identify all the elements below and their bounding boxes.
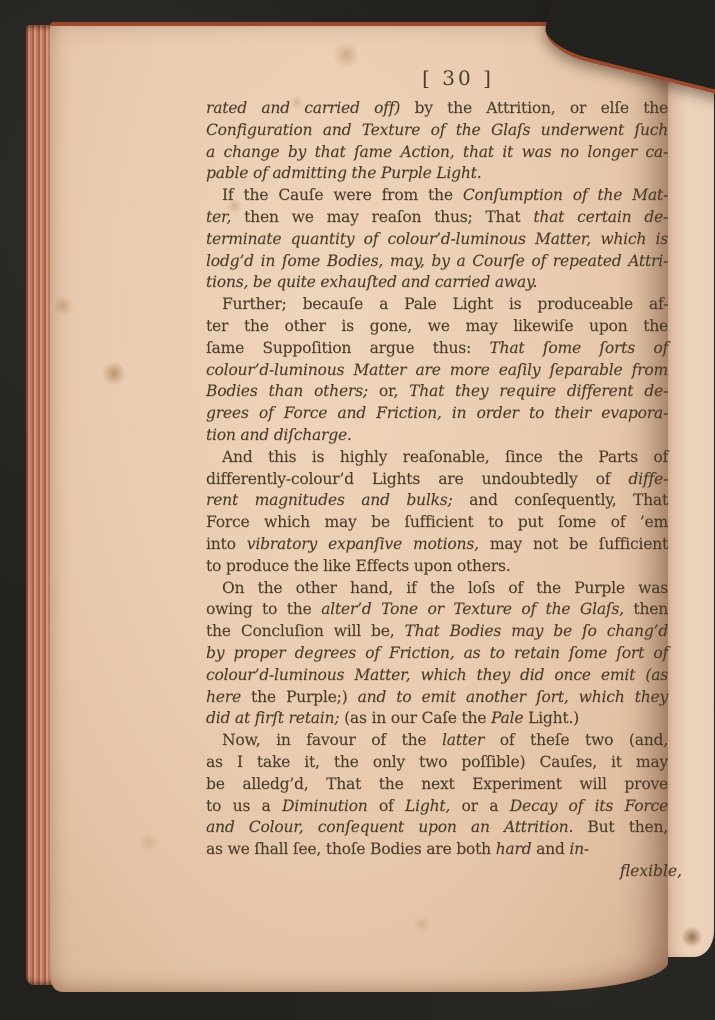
- text-segment: Conſumption of the Mat-: [463, 186, 668, 204]
- text-segment: be alledg’d, That the next Experiment wi…: [206, 775, 668, 793]
- text-segment: Light.): [523, 709, 579, 727]
- text-segment: into: [206, 535, 247, 553]
- text-segment: or,: [368, 382, 409, 400]
- text-segment: Configuration and Texture of the Glaſs u…: [206, 121, 668, 139]
- text-segment: the Purple;): [241, 688, 358, 706]
- text-line: be alledg’d, That the next Experiment wi…: [206, 774, 668, 796]
- text-line: into vibratory expanſive motions, may no…: [206, 534, 668, 556]
- text-line: Configuration and Texture of the Glaſs u…: [206, 120, 668, 142]
- text-segment: That they require different de-: [409, 382, 668, 400]
- text-segment: Pale: [491, 709, 523, 727]
- text-line: did at firſt retain; (as in our Caſe the…: [206, 708, 668, 730]
- text-segment: Decay of its Force: [510, 797, 668, 815]
- text-line: here the Purple;) and to emit another ſo…: [206, 687, 668, 709]
- text-segment: colour’d-luminous Matter, which they did…: [206, 666, 668, 684]
- paragraph: And this is highly reaſonable, ſince the…: [206, 447, 668, 578]
- text-segment: and Colour, conſequent upon an Attrition…: [206, 818, 573, 836]
- book-page: [ 30 ] rated and carried off) by the Att…: [50, 22, 668, 992]
- text-segment: ſame Suppoſition argue thus:: [206, 339, 489, 357]
- text-line: to produce the like Effects upon others.: [206, 556, 668, 578]
- text-line: owing to the alter’d Tone or Texture of …: [206, 599, 668, 621]
- text-line: as we ſhall ſee, thoſe Bodies are both h…: [206, 839, 668, 861]
- text-line: Force which may be ſufficient to put ſom…: [206, 512, 668, 534]
- text-line: Further; becauſe a Pale Light is produce…: [206, 294, 668, 316]
- text-segment: That ſome ſorts of: [489, 339, 668, 357]
- text-segment: Force which may be ſufficient to put ſom…: [206, 513, 668, 531]
- text-line: the Concluſion will be, That Bodies may …: [206, 621, 668, 643]
- text-line: grees of Force and Friction, in order to…: [206, 403, 668, 425]
- text-line: If the Cauſe were from the Conſumption o…: [206, 185, 668, 207]
- text-line: ter, then we may reaſon thus; That that …: [206, 207, 668, 229]
- text-line: Now, in favour of the latter of theſe tw…: [206, 730, 668, 752]
- text-line: a change by that ſame Action, that it wa…: [206, 142, 668, 164]
- text-line: and Colour, conſequent upon an Attrition…: [206, 817, 668, 839]
- text-block: rated and carried off) by the Attrition,…: [206, 98, 668, 883]
- text-line: by proper degrees of Friction, as to ret…: [206, 643, 668, 665]
- text-segment: of theſe two (and,: [484, 731, 668, 749]
- text-line: colour’d-luminous Matter, which they did…: [206, 665, 668, 687]
- text-segment: Light,: [405, 797, 450, 815]
- text-line: Bodies than others; or, That they requir…: [206, 381, 668, 403]
- text-segment: And this is highly reaſonable, ſince the…: [222, 448, 668, 466]
- text-segment: the Concluſion will be,: [206, 622, 405, 640]
- scanned-book-page: [ 30 ] rated and carried off) by the Att…: [0, 0, 715, 1020]
- text-segment: of: [368, 797, 406, 815]
- text-segment: to us a: [206, 797, 282, 815]
- text-segment: as we ſhall ſee, thoſe Bodies are both: [206, 840, 496, 858]
- text-segment: That Bodies may be ſo chang’d: [405, 622, 668, 640]
- text-segment: then: [624, 600, 668, 618]
- paragraph: On the other hand, if the loſs of the Pu…: [206, 578, 668, 731]
- text-segment: grees of Force and Friction, in order to…: [206, 404, 668, 422]
- text-segment: pable of admitting the Purple Light.: [206, 164, 481, 182]
- text-segment: by the Attrition, or elſe the: [400, 99, 668, 117]
- text-line: And this is highly reaſonable, ſince the…: [206, 447, 668, 469]
- text-line: pable of admitting the Purple Light.: [206, 163, 668, 185]
- text-segment: ter,: [206, 208, 231, 226]
- text-segment: differently-colour’d Lights are undoubte…: [206, 470, 628, 488]
- text-segment: did at firſt retain;: [206, 709, 339, 727]
- text-line: lodg’d in ſome Bodies, may, by a Courſe …: [206, 251, 668, 273]
- text-segment: lodg’d in ſome Bodies, may, by a Courſe …: [206, 252, 668, 270]
- text-line: colour’d-luminous Matter are more eaſily…: [206, 360, 668, 382]
- text-line: ter the other is gone, we may likewiſe u…: [206, 316, 668, 338]
- text-line: On the other hand, if the loſs of the Pu…: [206, 578, 668, 600]
- catchword: flexible,: [206, 861, 682, 883]
- text-line: tion and diſcharge.: [206, 425, 668, 447]
- text-line: terminate quantity of colour’d-luminous …: [206, 229, 668, 251]
- text-segment: colour’d-luminous Matter are more eaſily…: [206, 361, 668, 379]
- text-line: rated and carried off) by the Attrition,…: [206, 98, 668, 120]
- text-line: rent magnitudes and bulks; and conſequen…: [206, 490, 668, 512]
- text-segment: On the other hand, if the loſs of the Pu…: [222, 579, 668, 597]
- text-line: as I take it, the only two poſſible) Cau…: [206, 752, 668, 774]
- paragraph: Now, in favour of the latter of theſe tw…: [206, 730, 668, 861]
- text-segment: rated and carried off): [206, 99, 400, 117]
- text-line: to us a Diminution of Light, or a Decay …: [206, 796, 668, 818]
- text-segment: alter’d Tone or Texture of the Glaſs,: [321, 600, 624, 618]
- text-segment: But then,: [573, 818, 668, 836]
- text-segment: Further; becauſe a Pale Light is produce…: [222, 295, 668, 313]
- text-segment: and to emit another ſort, which they: [358, 688, 668, 706]
- text-segment: a change by that ſame Action, that it wa…: [206, 143, 668, 161]
- text-segment: Diminution: [282, 797, 368, 815]
- text-segment: rent magnitudes and bulks;: [206, 491, 453, 509]
- text-segment: as I take it, the only two poſſible) Cau…: [206, 753, 668, 771]
- text-segment: hard: [496, 840, 532, 858]
- text-segment: latter: [442, 731, 484, 749]
- text-segment: may not be ſufficient: [479, 535, 668, 553]
- text-segment: terminate quantity of colour’d-luminous …: [206, 230, 668, 248]
- text-segment: owing to the: [206, 600, 321, 618]
- text-line: differently-colour’d Lights are undoubte…: [206, 469, 668, 491]
- text-line: tions, be quite exhauſted and carried aw…: [206, 272, 668, 294]
- paragraph: rated and carried off) by the Attrition,…: [206, 98, 668, 185]
- text-segment: to produce the like Effects upon others.: [206, 557, 510, 575]
- text-segment: Bodies than others;: [206, 382, 368, 400]
- text-segment: here: [206, 688, 241, 706]
- text-segment: or a: [450, 797, 510, 815]
- text-segment: by proper degrees of Friction, as to ret…: [206, 644, 668, 662]
- paragraph: Further; becauſe a Pale Light is produce…: [206, 294, 668, 447]
- text-segment: vibratory expanſive motions,: [247, 535, 479, 553]
- text-segment: that certain de-: [533, 208, 668, 226]
- text-line: ſame Suppoſition argue thus: That ſome ſ…: [206, 338, 668, 360]
- text-segment: in-: [569, 840, 589, 858]
- text-segment: and conſequently, That: [453, 491, 668, 509]
- text-segment: diffe-: [628, 470, 668, 488]
- text-segment: If the Cauſe were from the: [222, 186, 463, 204]
- text-segment: ter the other is gone, we may likewiſe u…: [206, 317, 668, 335]
- text-segment: Now, in favour of the: [222, 731, 442, 749]
- text-segment: (as in our Caſe the: [339, 709, 491, 727]
- paragraph: If the Cauſe were from the Conſumption o…: [206, 185, 668, 294]
- text-segment: and: [531, 840, 569, 858]
- text-segment: tions, be quite exhauſted and carried aw…: [206, 273, 537, 291]
- text-segment: then we may reaſon thus; That: [231, 208, 533, 226]
- text-segment: tion and diſcharge.: [206, 426, 352, 444]
- page-number: [ 30 ]: [206, 66, 668, 90]
